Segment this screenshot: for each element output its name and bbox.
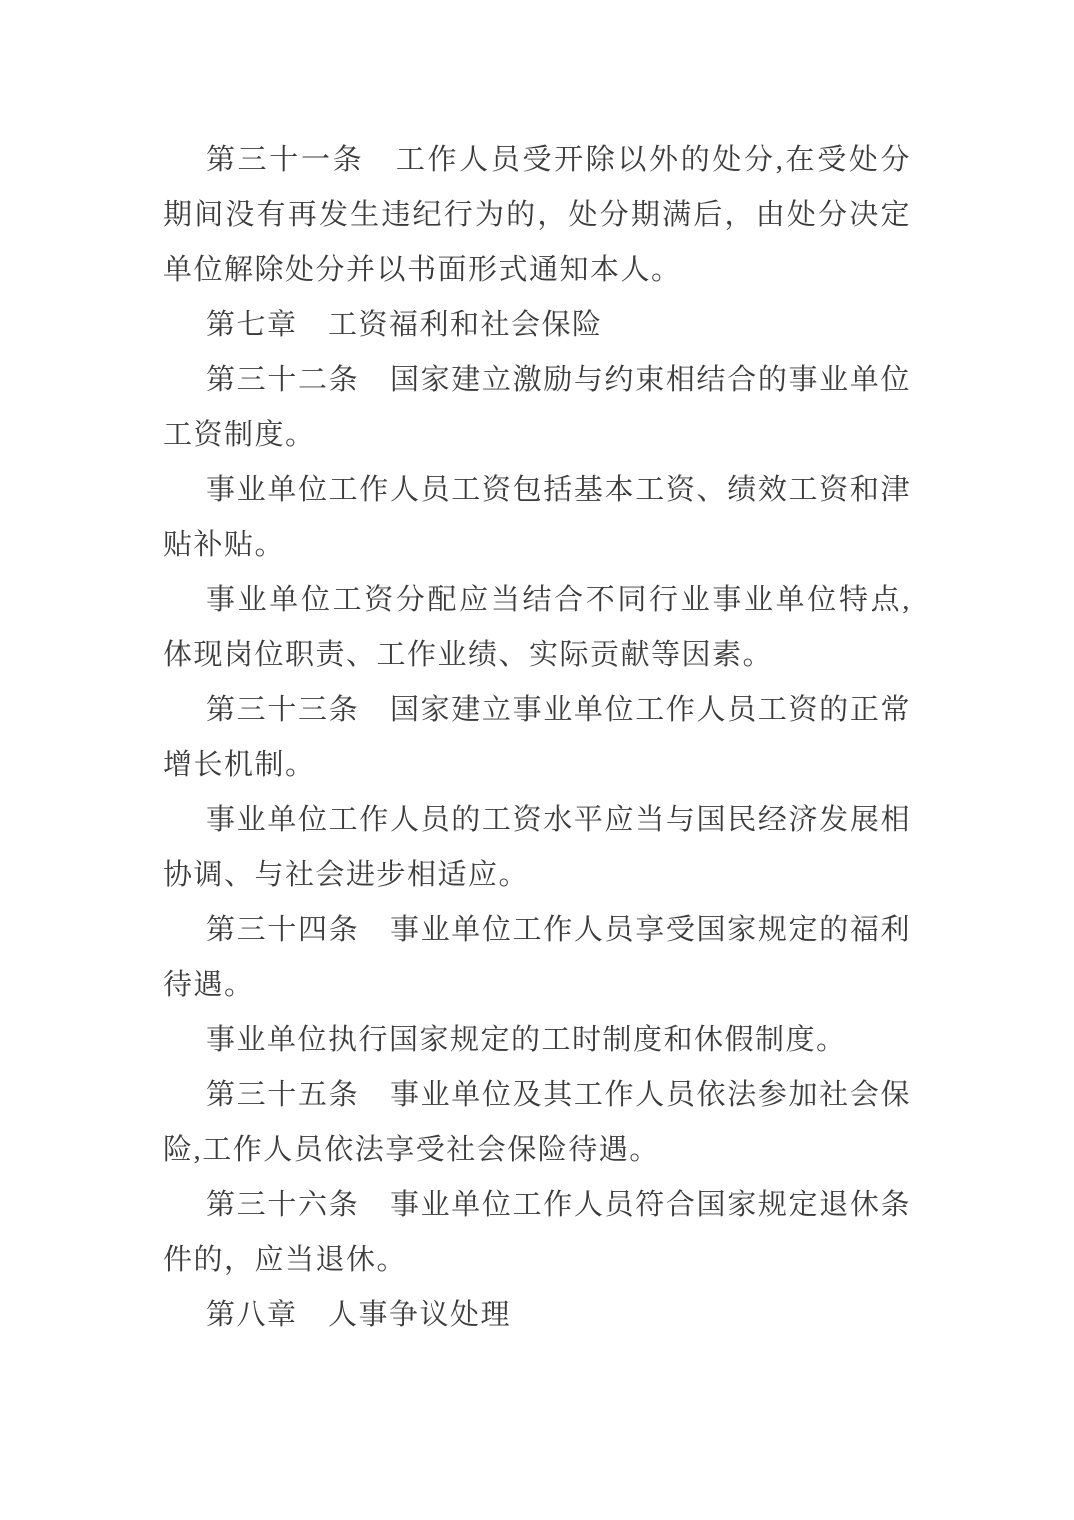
document-page: 第三十一条 工作人员受开除以外的处分,在受处分期间没有再发生违纪行为的，处分期满…	[0, 0, 1074, 1520]
chapter-8-heading: 第八章 人事争议处理	[163, 1288, 911, 1343]
paragraph-article-33: 第三十三条 国家建立事业单位工作人员工资的正常增长机制。	[163, 683, 911, 793]
paragraph-article-33-2: 事业单位工作人员的工资水平应当与国民经济发展相协调、与社会进步相适应。	[163, 793, 911, 903]
paragraph-article-36: 第三十六条 事业单位工作人员符合国家规定退休条件的，应当退休。	[163, 1178, 911, 1288]
paragraph-article-31: 第三十一条 工作人员受开除以外的处分,在受处分期间没有再发生违纪行为的，处分期满…	[163, 133, 911, 298]
paragraph-article-32-3: 事业单位工资分配应当结合不同行业事业单位特点,体现岗位职责、工作业绩、实际贡献等…	[163, 573, 911, 683]
paragraph-article-34: 第三十四条 事业单位工作人员享受国家规定的福利待遇。	[163, 903, 911, 1013]
chapter-7-heading: 第七章 工资福利和社会保险	[163, 298, 911, 353]
paragraph-article-32-2: 事业单位工作人员工资包括基本工资、绩效工资和津贴补贴。	[163, 463, 911, 573]
paragraph-article-32: 第三十二条 国家建立激励与约束相结合的事业单位工资制度。	[163, 353, 911, 463]
paragraph-article-35: 第三十五条 事业单位及其工作人员依法参加社会保险,工作人员依法享受社会保险待遇。	[163, 1068, 911, 1178]
document-text-block: 第三十一条 工作人员受开除以外的处分,在受处分期间没有再发生违纪行为的，处分期满…	[163, 133, 911, 1343]
paragraph-article-34-2: 事业单位执行国家规定的工时制度和休假制度。	[163, 1013, 911, 1068]
